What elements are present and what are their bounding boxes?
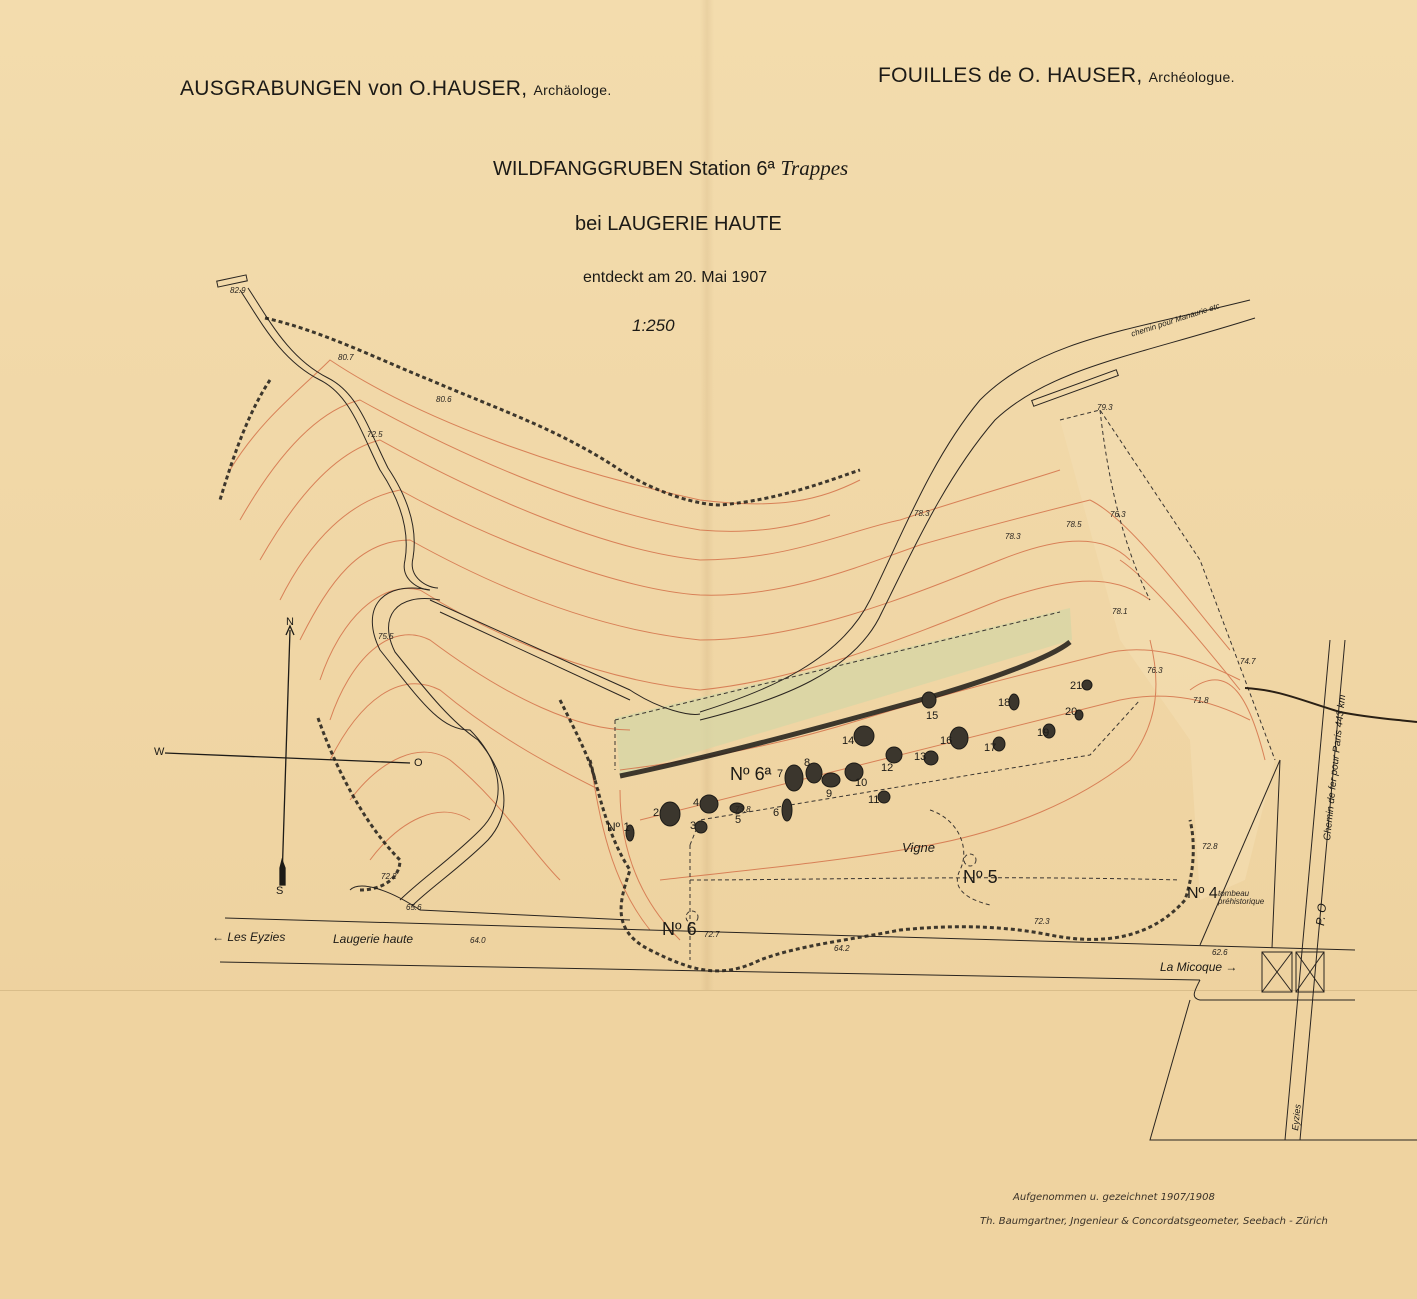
pit-number: 4 — [693, 797, 699, 809]
pit-number: 17 — [984, 742, 996, 754]
elevation-mark: 78.3 — [1005, 532, 1021, 541]
pit-number: 21 — [1070, 680, 1082, 692]
elevation-mark: 76.3 — [1110, 510, 1126, 519]
map-title: WILDFANGGRUBEN Station 6ª Trappes — [493, 156, 848, 181]
header-right-main: FOUILLES de O. HAUSER, — [878, 64, 1143, 87]
pit-number: 7 — [777, 768, 783, 780]
elevation-mark: 78.1 — [1112, 607, 1128, 616]
tombeau-label: tombeau préhistorique — [1218, 890, 1268, 906]
elevation-mark: 72.7 — [704, 930, 720, 939]
map-drawing — [0, 0, 1417, 1299]
elevation-mark: 76.3 — [1147, 666, 1163, 675]
header-left-main: AUSGRABUNGEN von O.HAUSER, — [180, 77, 527, 100]
elevation-mark: 72.3 — [1034, 917, 1050, 926]
map-subtitle: bei LAUGERIE HAUTE — [575, 213, 782, 236]
site-4-label: Nº 4 — [1187, 885, 1218, 903]
road-label-laugerie: Laugerie haute — [333, 932, 413, 946]
pit-number: 8 — [804, 757, 810, 769]
compass-west-label: W — [154, 746, 164, 758]
discovery-date: entdeckt am 20. Mai 1907 — [583, 269, 767, 287]
elevation-mark: 82.9 — [230, 286, 246, 295]
pit-number: 18 — [998, 697, 1010, 709]
vigne-label: Vigne — [902, 840, 935, 855]
pit-number: 14 — [842, 735, 854, 747]
site-6a-label: Nº 6ª — [730, 764, 771, 785]
elevation-mark: 78.5 — [1066, 520, 1082, 529]
compass-south-label: S — [276, 885, 283, 897]
elevation-mark: 62.6 — [1212, 948, 1228, 957]
elevation-mark: 72.5 — [367, 430, 383, 439]
compass-east-label: O — [414, 757, 423, 769]
elevation-mark: 75.5 — [378, 632, 394, 641]
elevation-mark: 78.3 — [914, 509, 930, 518]
pit-number: 10 — [855, 777, 867, 789]
pit-number: 16 — [940, 735, 952, 747]
map-scale: 1:250 — [632, 316, 675, 336]
pit-number: 15 — [926, 710, 938, 722]
road-label-micoque: La Micoque → — [1160, 960, 1237, 974]
credit-line-2: Th. Baumgartner, Jngenieur & Concordatsg… — [980, 1216, 1328, 1227]
map-title-italic: Trappes — [781, 156, 849, 180]
pit-number: 5 — [735, 814, 741, 826]
pit-number: 6 — [773, 807, 779, 819]
elevation-mark: 80.7 — [338, 353, 354, 362]
compass-north-label: N — [286, 616, 294, 628]
header-left-sub: Archäologe. — [534, 82, 612, 98]
pit-number: 12 — [881, 762, 893, 774]
road-label-les-eyzies: ← Les Eyzies — [212, 930, 285, 944]
header-left: AUSGRABUNGEN von O.HAUSER, Archäologe. — [180, 77, 612, 101]
pit-number: 13 — [914, 751, 926, 763]
pit-number: 19 — [1037, 727, 1049, 739]
site-5-label: Nº 5 — [963, 867, 998, 888]
elevation-mark: 64.2 — [834, 944, 850, 953]
elevation-mark: 73.8 — [735, 805, 751, 814]
elevation-mark: 72.2 — [381, 872, 397, 881]
elevation-mark: 64.0 — [470, 936, 486, 945]
pit-number: 3 — [690, 820, 696, 832]
elevation-mark: 74.7 — [1240, 657, 1256, 666]
site-1-label: Nº 1 — [607, 820, 630, 834]
site-6-label: Nº 6 — [662, 919, 697, 940]
credit-line-1: Aufgenommen u. gezeichnet 1907/1908 — [1013, 1192, 1215, 1203]
header-right: FOUILLES de O. HAUSER, Archéologue. — [878, 64, 1235, 88]
pit-number: 2 — [653, 807, 659, 819]
map-sheet: AUSGRABUNGEN von O.HAUSER, Archäologe. F… — [0, 0, 1417, 1299]
pit-number: 9 — [826, 788, 832, 800]
pit-number: 11 — [868, 794, 879, 806]
railway-po-label: P. O — [1313, 903, 1329, 927]
pit-number: 20 — [1065, 706, 1077, 718]
elevation-mark: 80.6 — [436, 395, 452, 404]
elevation-mark: 65.6 — [406, 903, 422, 912]
map-title-main: WILDFANGGRUBEN Station 6ª — [493, 158, 775, 180]
elevation-mark: 72.8 — [1202, 842, 1218, 851]
elevation-mark: 71.8 — [1193, 696, 1209, 705]
elevation-mark: 79.3 — [1097, 403, 1113, 412]
header-right-sub: Archéologue. — [1149, 69, 1235, 85]
